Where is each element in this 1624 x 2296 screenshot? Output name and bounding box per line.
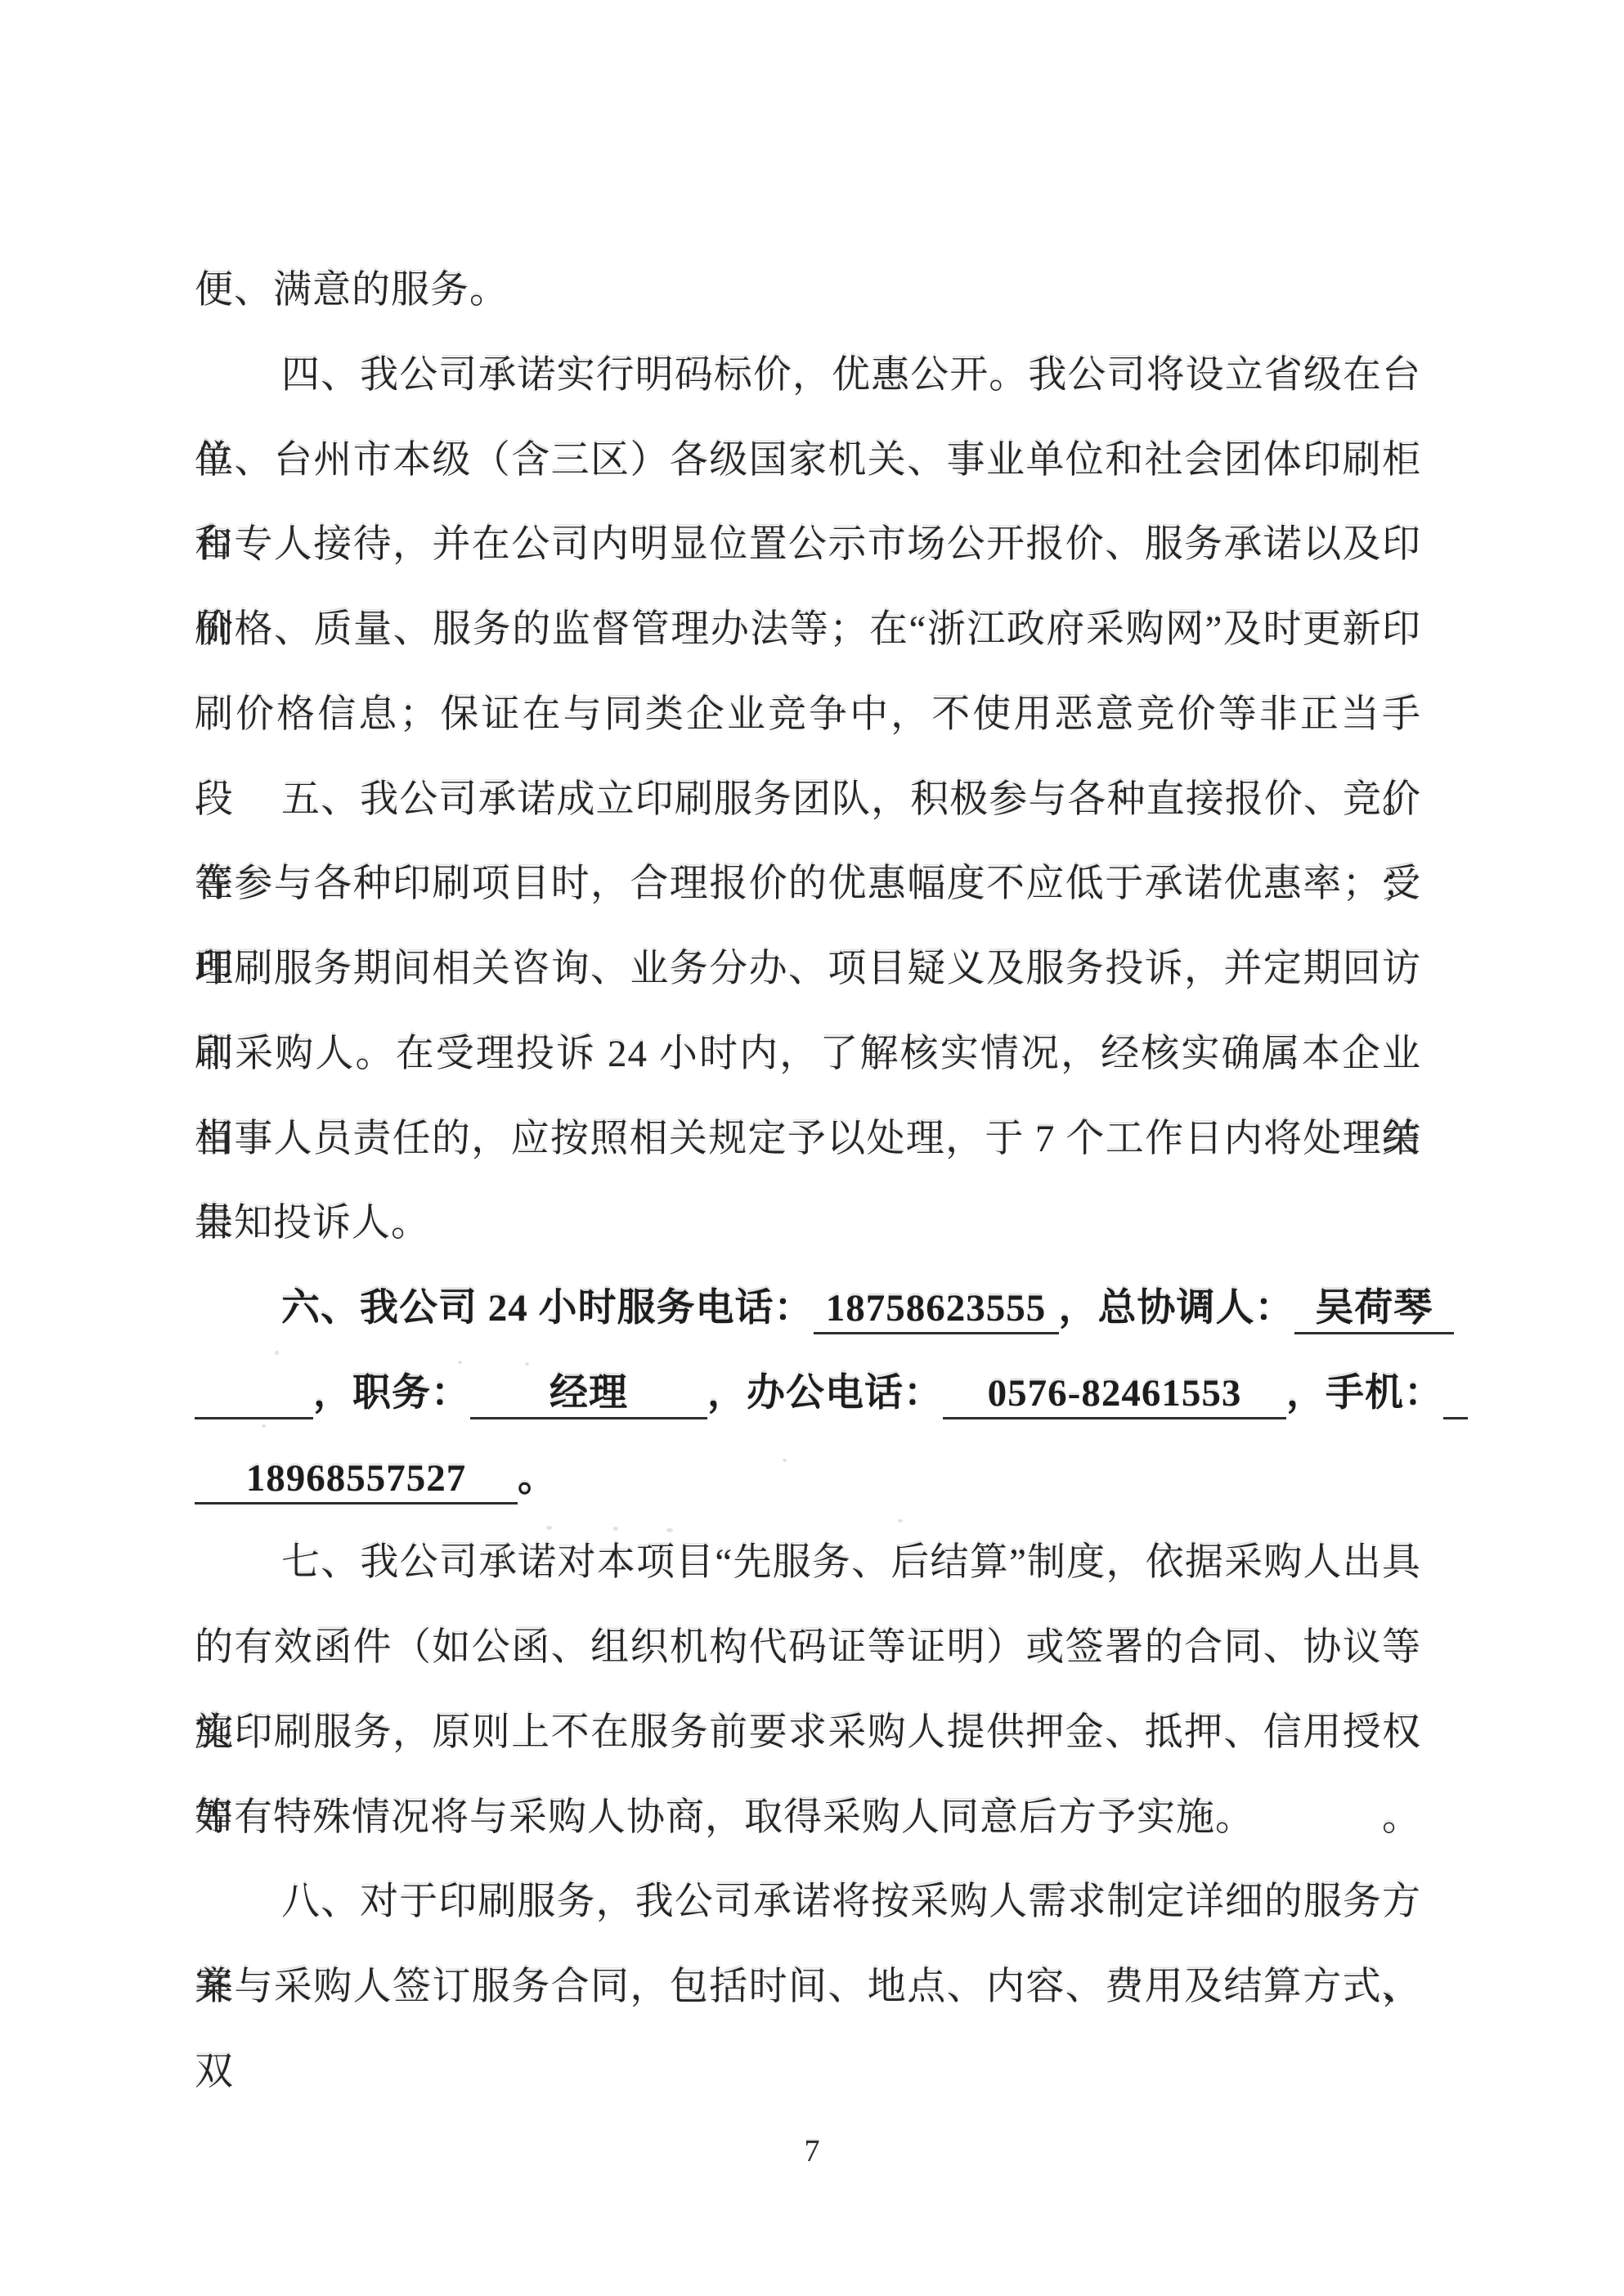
- job-title-label: ，职务：: [313, 1352, 470, 1437]
- hotline-field: 18758623555: [814, 1285, 1059, 1334]
- line-01-paragraph3-tail: 便、满意的服务。: [195, 249, 1421, 334]
- coordinator-label: ，总协调人：: [1059, 1267, 1294, 1352]
- line-20-paragraph8-start: 八、对于印刷服务，我公司承诺将按采购人需求制定详细的服务方案，: [195, 1860, 1421, 1945]
- line-11: 当事人员责任的，应按照相关规定予以处理，于 7 个工作日内将处理结果: [195, 1097, 1421, 1182]
- page-number: 7: [0, 2132, 1624, 2170]
- coordinator-continuation-field: [195, 1370, 313, 1419]
- line-02-paragraph4-start: 四、我公司承诺实行明码标价，优惠公开。我公司将设立省级在台单: [195, 334, 1421, 419]
- line-19-paragraph7-tail: 如有特殊情况将与采购人协商，取得采购人同意后方予实施。: [195, 1776, 1421, 1861]
- line-04: 和专人接待，并在公司内明显位置公示市场公开报价、服务承诺以及印刷: [195, 503, 1421, 588]
- office-phone-field: 0576-82461553: [943, 1370, 1286, 1419]
- line-07-paragraph5-start: 五、我公司承诺成立印刷服务团队，积极参与各种直接报价、竞价等；: [195, 758, 1421, 843]
- line-21: 并与采购人签订服务合同，包括时间、地点、内容、费用及结算方式、双: [195, 1945, 1421, 2030]
- line-06: 刷价格信息；保证在与同类企业竞争中，不使用恶意竞价等非正当手段。: [195, 673, 1421, 758]
- scanned-document-page: 便、满意的服务。 四、我公司承诺实行明码标价，优惠公开。我公司将设立省级在台单 …: [0, 0, 1624, 2296]
- line-03: 位、台州市本级（含三区）各级国家机关、事业单位和社会团体印刷柜台: [195, 419, 1421, 504]
- line-14-service-contact-row: ，职务： 经理 ，办公电话： 0576-82461553 ，手机：: [195, 1352, 1454, 1437]
- line-08: 在参与各种印刷项目时，合理报价的优惠幅度不应低于承诺优惠率；受理: [195, 842, 1421, 927]
- job-title-field: 经理: [470, 1370, 707, 1419]
- line-16-paragraph7-start: 七、我公司承诺对本项目“先服务、后结算”制度，依据采购人出具: [195, 1521, 1421, 1606]
- hotline-label: 六、我公司 24 小时服务电话：: [281, 1267, 814, 1352]
- mobile-field: 18968557527: [195, 1455, 518, 1505]
- office-phone-label: ，办公电话：: [707, 1352, 943, 1437]
- mobile-continuation-field: [1443, 1370, 1468, 1419]
- sentence-period: 。: [518, 1437, 557, 1522]
- line-18: 施印刷服务，原则上不在服务前要求采购人提供押金、抵押、信用授权等。: [195, 1691, 1421, 1776]
- line-15-mobile-number-row: 18968557527 。: [195, 1437, 1454, 1522]
- line-12-paragraph5-tail: 告知投诉人。: [195, 1182, 1421, 1267]
- mobile-label: ，手机：: [1286, 1352, 1443, 1437]
- document-body: 便、满意的服务。 四、我公司承诺实行明码标价，优惠公开。我公司将设立省级在台单 …: [195, 249, 1421, 2030]
- line-17: 的有效函件（如公函、组织机构代码证等证明）或签署的合同、协议等实: [195, 1606, 1421, 1691]
- line-10: 刷采购人。在受理投诉 24 小时内，了解核实情况，经核实确属本企业相关: [195, 1012, 1421, 1097]
- coordinator-field: 吴荷琴: [1294, 1285, 1455, 1334]
- line-13-service-hotline-row: 六、我公司 24 小时服务电话： 18758623555 ，总协调人： 吴荷琴: [195, 1267, 1454, 1352]
- line-09: 印刷服务期间相关咨询、业务分办、项目疑义及服务投诉，并定期回访印: [195, 927, 1421, 1012]
- line-05: 价格、质量、服务的监督管理办法等；在“浙江政府采购网”及时更新印: [195, 588, 1421, 673]
